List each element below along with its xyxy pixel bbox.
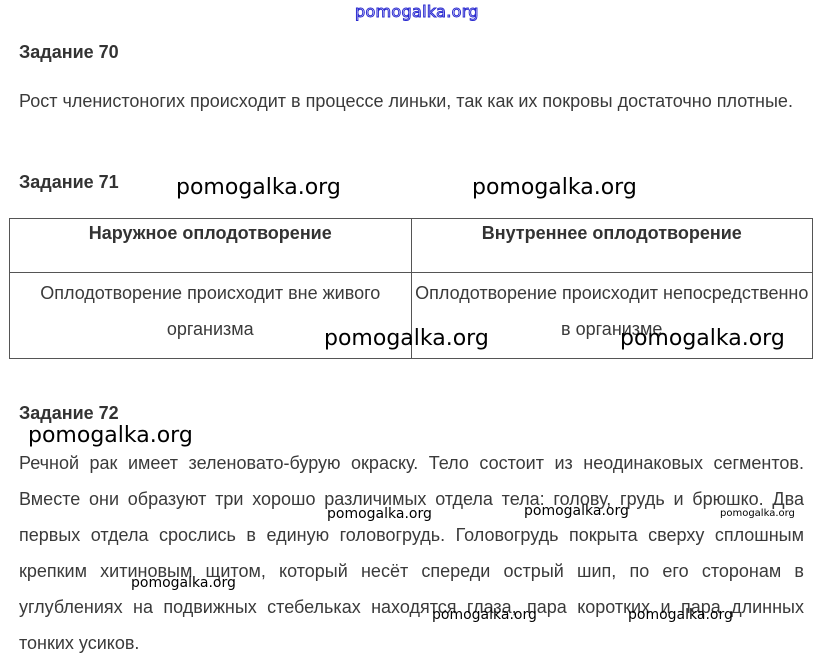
watermark: pomogalka.org xyxy=(720,508,795,519)
watermark: pomogalka.org xyxy=(324,326,489,351)
table-header-external: Наружное оплодотворение xyxy=(10,219,412,273)
task-70-heading: Задание 70 xyxy=(19,42,119,63)
watermark-top: pomogalka.org xyxy=(355,2,479,21)
task-72-answer: Речной рак имеет зеленовато-бурую окраск… xyxy=(19,445,804,661)
watermark: pomogalka.org xyxy=(524,503,629,519)
task-70-answer: Рост членистоногих происходит в процессе… xyxy=(19,83,809,119)
watermark: pomogalka.org xyxy=(432,607,537,623)
watermark: pomogalka.org xyxy=(176,175,341,200)
task-71-heading: Задание 71 xyxy=(19,172,119,193)
table-header-internal: Внутреннее оплодотворение xyxy=(411,219,813,273)
watermark: pomogalka.org xyxy=(628,607,733,623)
task-72-heading: Задание 72 xyxy=(19,403,119,424)
watermark: pomogalka.org xyxy=(620,326,785,351)
watermark: pomogalka.org xyxy=(472,175,637,200)
watermark: pomogalka.org xyxy=(327,506,432,522)
watermark: pomogalka.org xyxy=(131,575,236,591)
